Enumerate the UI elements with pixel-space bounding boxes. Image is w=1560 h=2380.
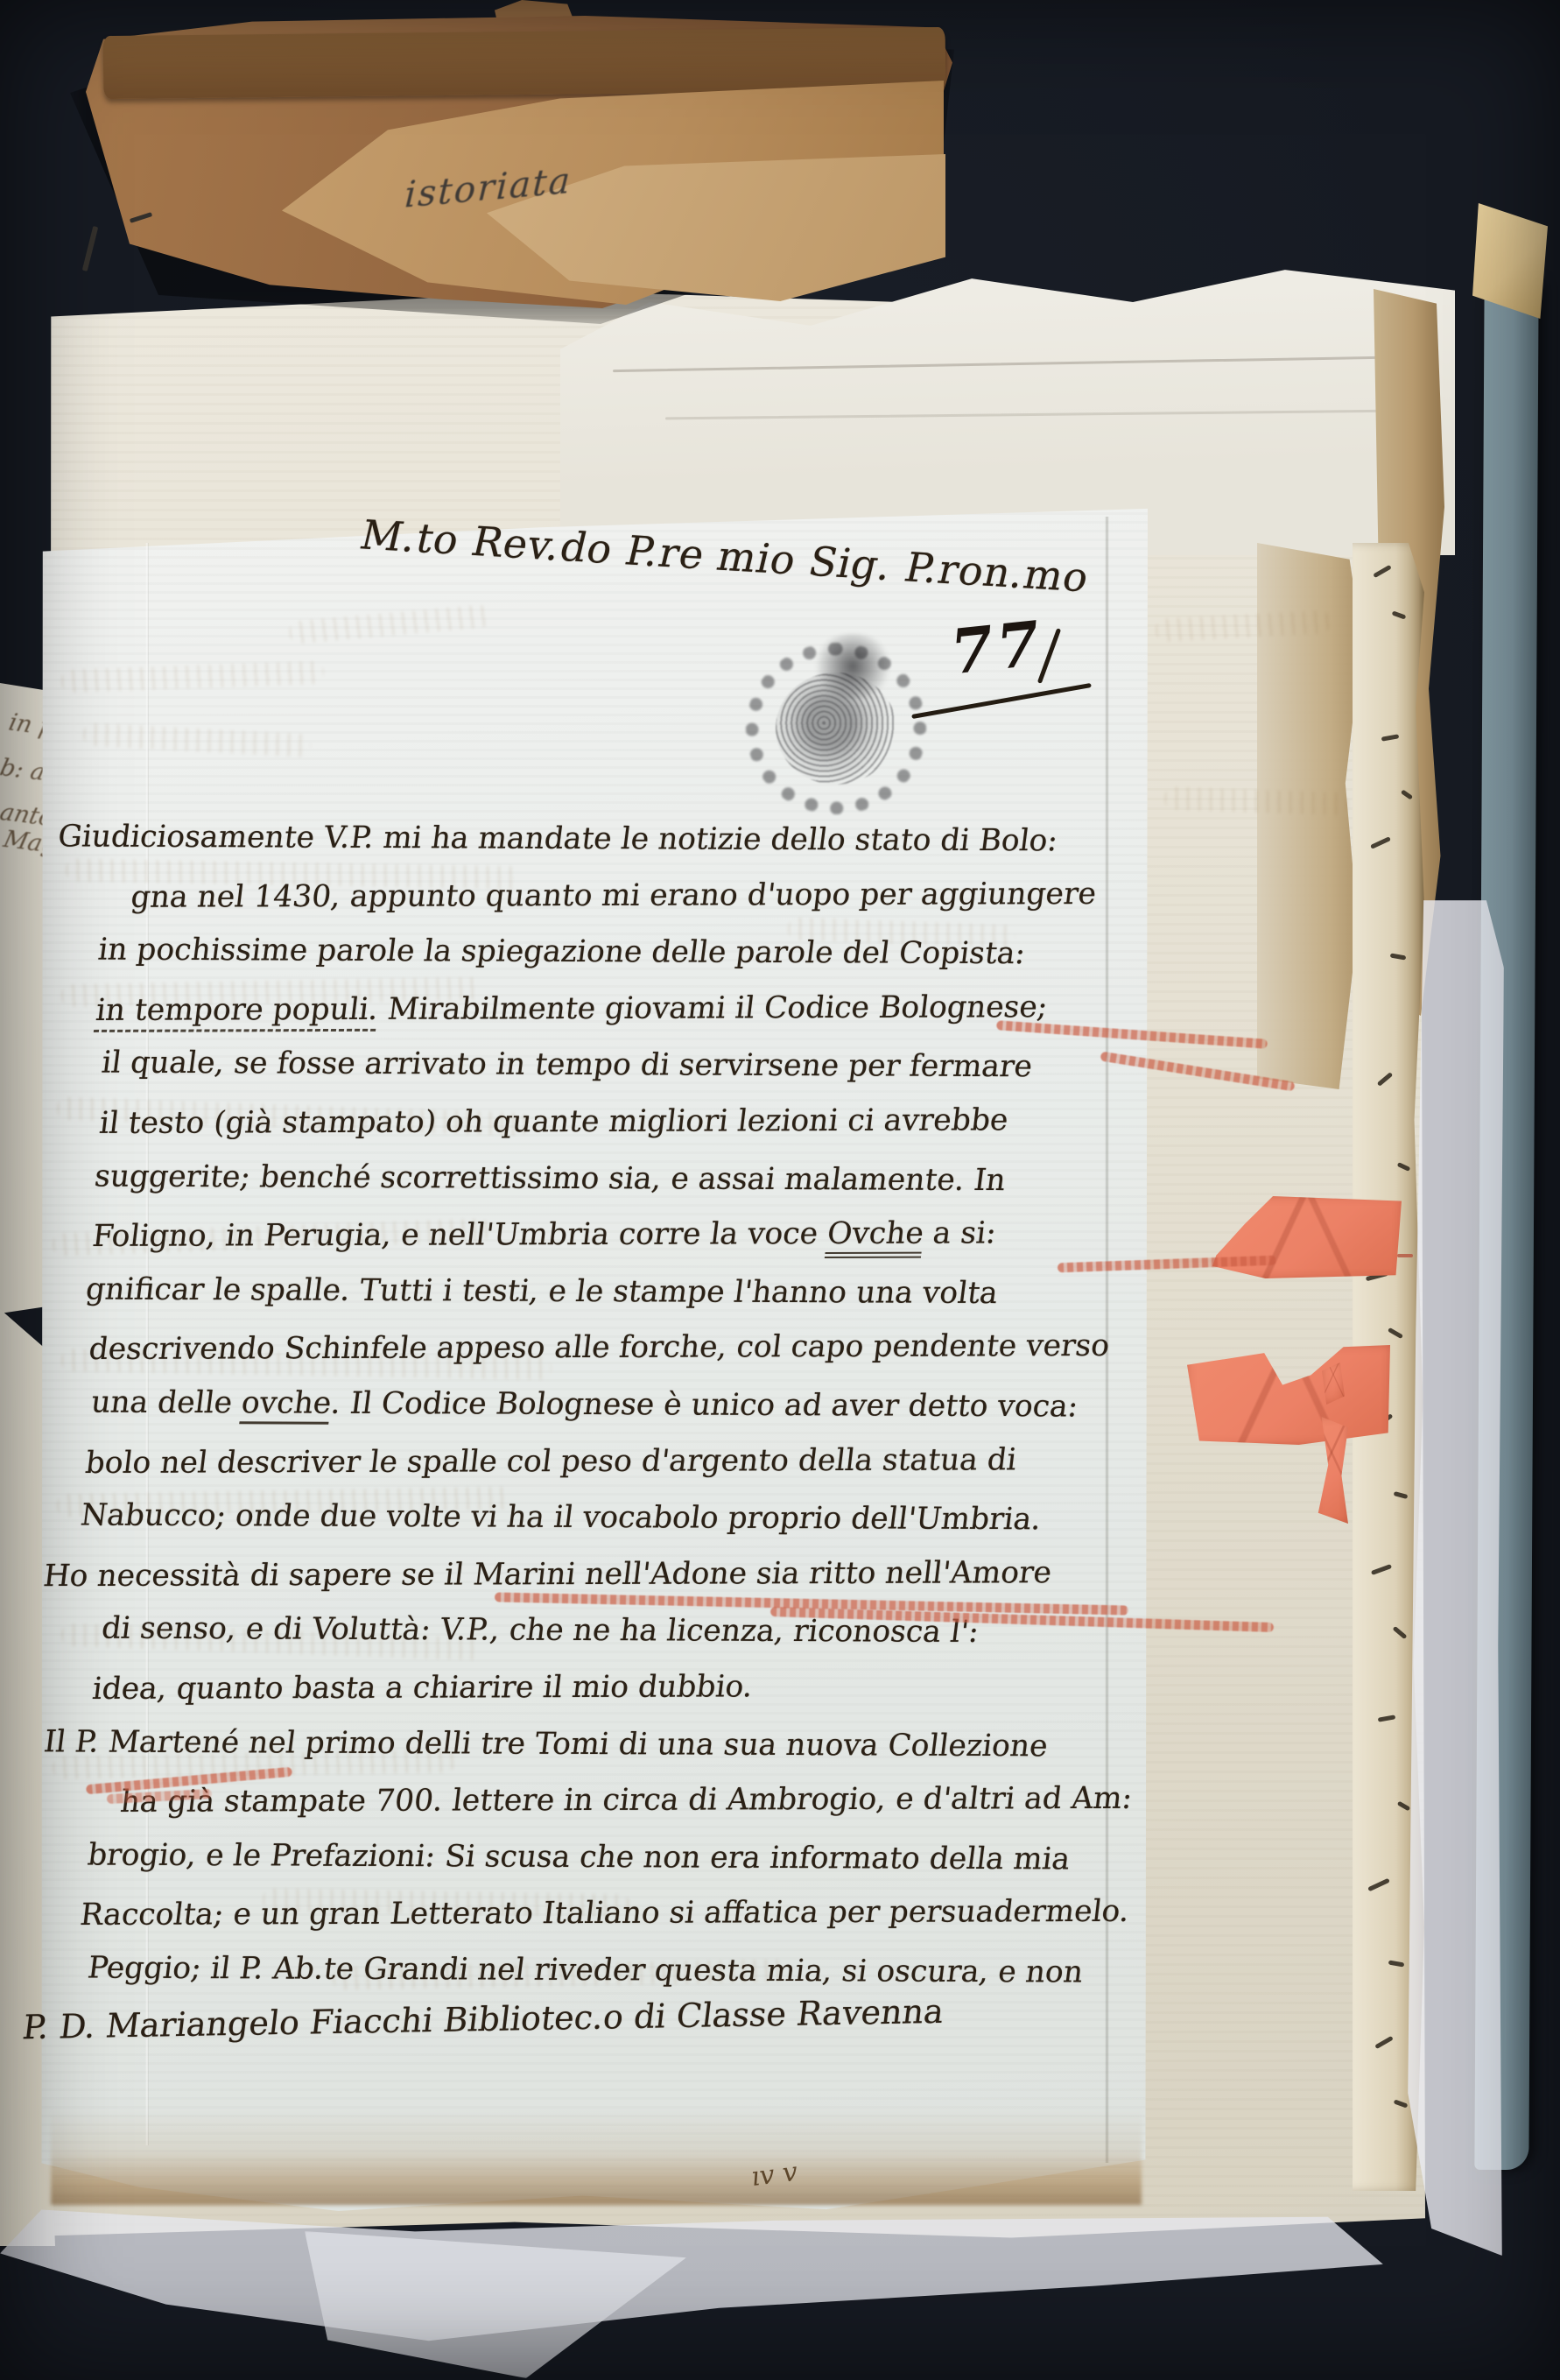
letter-text-line: idea, quanto basta a chiarire il mio dub… (40, 1658, 1128, 1718)
letter-bottom-stain (51, 2109, 1142, 2205)
text-segment: Nabucco; onde due volte vi ha il vocabol… (79, 1498, 1044, 1538)
underlined-word: in tempore populi. (94, 992, 381, 1032)
letter-text-line: in pochissime parole la spiegazione dell… (40, 921, 1128, 982)
letter-body-text: Giudiciosamente V.P. mi ha mandate le no… (44, 811, 1125, 1998)
letter-text-line: gnificar le spalle. Tutti i testi, e le … (40, 1261, 1128, 1322)
letter-text-line: descrivendo Schinfele appeso alle forche… (40, 1318, 1128, 1378)
text-segment: brogio, e le Prefazioni: Si scusa che no… (86, 1837, 1072, 1877)
letter-text-line: gna nel 1430, appunto quanto mi erano d'… (40, 865, 1128, 926)
text-segment: a si: (922, 1216, 999, 1251)
text-segment: gnificar le spalle. Tutti i testi, e le … (84, 1271, 1001, 1311)
text-segment: Raccolta; e un gran Letterato Italiano s… (78, 1894, 1131, 1933)
text-segment: Foligno, in Perugia, e nell'Umbria corre… (90, 1216, 829, 1254)
cut-off-line-fragment: ıv v (749, 2157, 799, 2193)
tissue-interleaf-right (1406, 900, 1504, 2256)
manuscript-photo: in pochissb: a Cunanto caMagg: 171 istor… (0, 0, 1560, 2380)
red-ink-fragment (1397, 1254, 1413, 1257)
letter-text-line: Giudiciosamente V.P. mi ha mandate le no… (40, 808, 1128, 870)
underlined-word: ovche (239, 1385, 334, 1424)
text-segment: ha già stampate 700. lettere in circa di… (118, 1781, 1134, 1820)
folio-number: 77 (947, 607, 1047, 689)
text-segment: Mirabilmente giovami il Codice Bolognese… (376, 989, 1050, 1027)
text-segment: . Il Codice Bolognese è unico ad aver de… (329, 1386, 1080, 1425)
letter-text-line: Raccolta; e un gran Letterato Italiano s… (40, 1884, 1128, 1944)
letter-text-line: Peggio; il P. Ab.te Grandi nel riveder q… (40, 1940, 1128, 2001)
letter-text-line: Foligno, in Perugia, e nell'Umbria corre… (40, 1205, 1128, 1265)
text-segment: idea, quanto basta a chiarire il mio dub… (90, 1669, 755, 1707)
envelope-pen-mark (82, 226, 98, 271)
text-segment: il testo (già stampato) oh quante miglio… (97, 1102, 1010, 1141)
letter-text-line: in tempore populi. Mirabilmente giovami … (40, 979, 1128, 1039)
circular-ink-stamp (746, 643, 926, 814)
text-segment: una delle (89, 1384, 244, 1420)
letter-text-line: una delle ovche. Il Codice Bolognese è u… (40, 1374, 1128, 1435)
text-segment: il quale, se fosse arrivato in tempo di … (100, 1046, 1035, 1085)
letter-text-line: brogio, e le Prefazioni: Si scusa che no… (40, 1827, 1128, 1888)
letter-text-line: il quale, se fosse arrivato in tempo di … (40, 1035, 1128, 1096)
text-segment: bolo nel descriver le spalle col peso d'… (83, 1442, 1018, 1481)
letter-text-line: suggerite; benché scorrettissimo sia, e … (40, 1148, 1128, 1209)
text-segment: suggerite; benché scorrettissimo sia, e … (93, 1158, 1008, 1198)
letter-text-line: Il P. Martené nel primo delli tre Tomi d… (40, 1714, 1128, 1775)
text-segment: Il P. Martené nel primo delli tre Tomi d… (42, 1724, 1050, 1764)
text-segment: gna nel 1430, appunto quanto mi erano d'… (129, 877, 1098, 915)
text-segment: Ho necessità di sapere se il Marini nell… (41, 1555, 1053, 1594)
underlined-word: Ovche (825, 1216, 926, 1258)
text-segment: descrivendo Schinfele appeso alle forche… (87, 1328, 1111, 1367)
text-segment: in pochissime parole la spiegazione dell… (96, 933, 1028, 972)
stamp-blot (811, 634, 895, 699)
text-segment: Giudiciosamente V.P. mi ha mandate le no… (56, 819, 1060, 858)
letter-text-line: il testo (già stampato) oh quante miglio… (40, 1092, 1128, 1152)
text-segment: Peggio; il P. Ab.te Grandi nel riveder q… (86, 1950, 1086, 1989)
letter-text-line: Nabucco; onde due volte vi ha il vocabol… (40, 1487, 1128, 1548)
letter-text-line: bolo nel descriver le spalle col peso d'… (40, 1431, 1128, 1491)
